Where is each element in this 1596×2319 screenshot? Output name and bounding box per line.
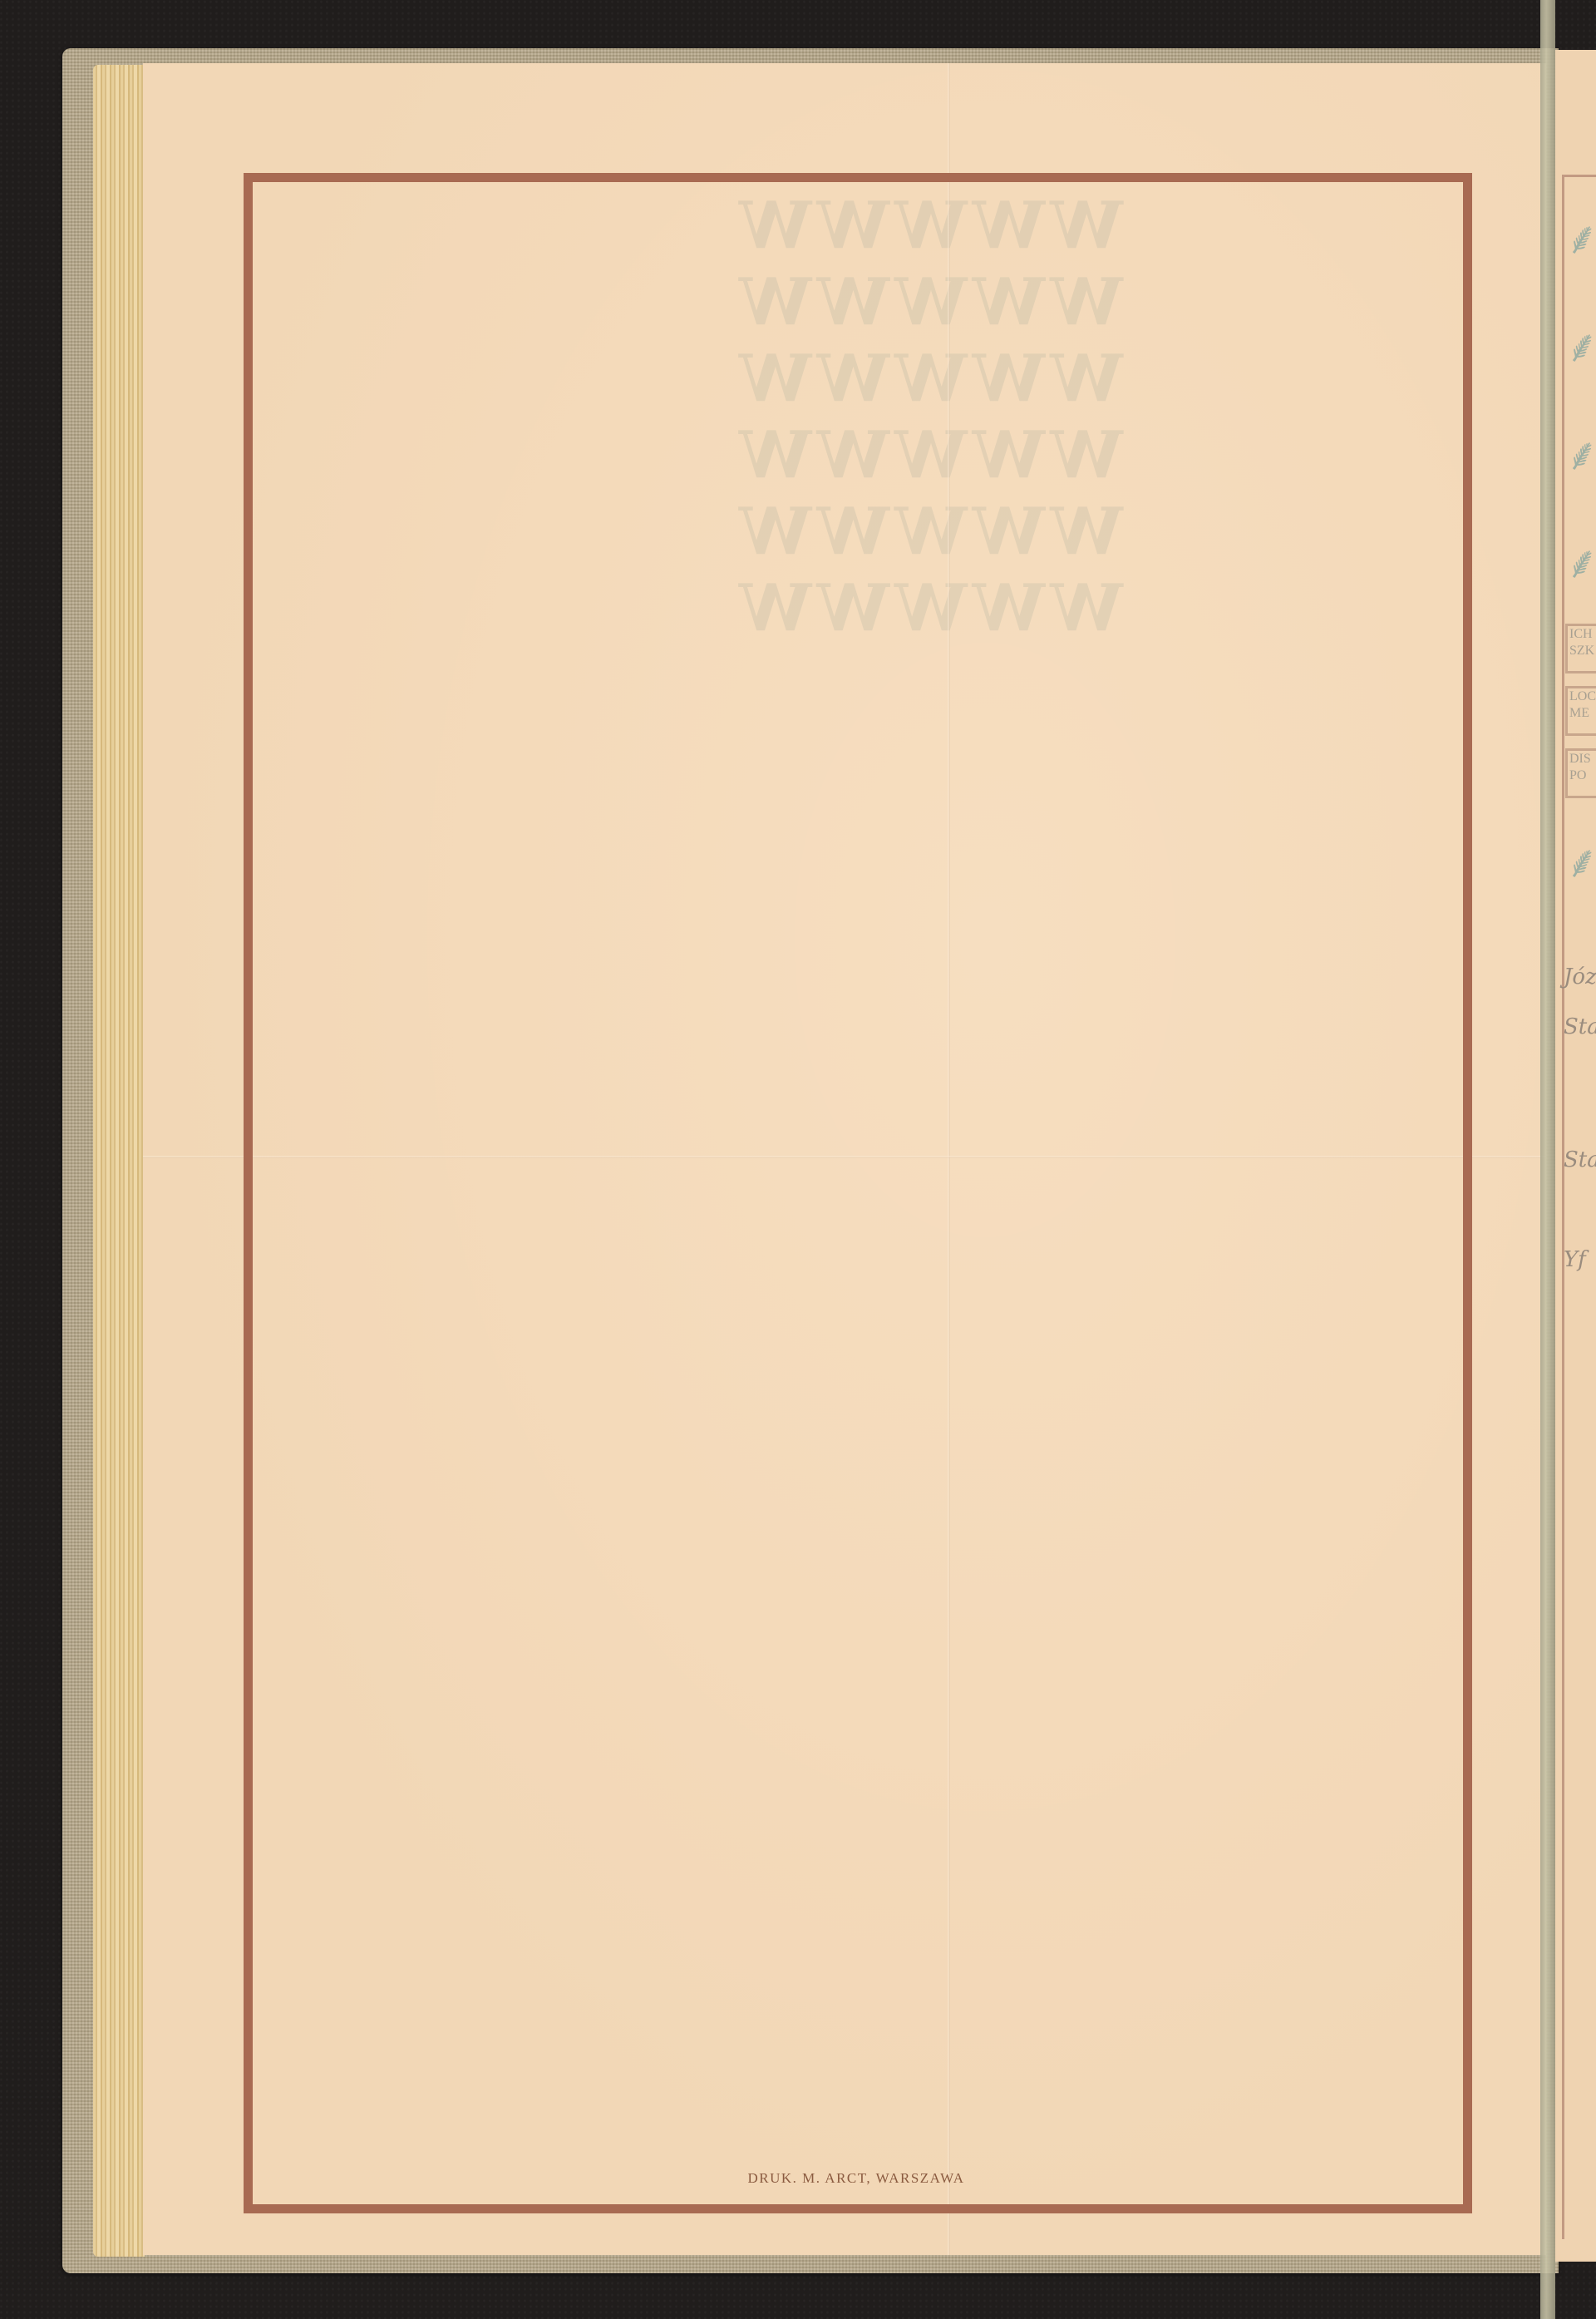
decorative-red-frame [244, 173, 1472, 2213]
ornament-icon: ⸙ [1565, 540, 1596, 585]
ornament-icon: ⸙ [1565, 216, 1596, 261]
handwriting-fragment: Sta [1564, 1147, 1596, 1172]
handwriting-fragment: Yf [1564, 1247, 1586, 1272]
facing-page-box: DIS PO [1565, 748, 1596, 798]
handwriting-fragment: Sta [1564, 1014, 1596, 1039]
ornament-icon: ⸙ [1565, 432, 1596, 477]
book-gutter [1540, 0, 1555, 2319]
ornament-icon: ⸙ [1565, 840, 1596, 885]
ornament-icon: ⸙ [1565, 324, 1596, 369]
printer-imprint: DRUK. M. ARCT, WARSZAWA [143, 2170, 1546, 2187]
facing-page-box: ICH SZK [1565, 624, 1596, 673]
handwriting-fragment: Józ [1564, 965, 1596, 989]
facing-page-box: LOC ME [1565, 686, 1596, 736]
facing-page-frame [1562, 175, 1596, 2239]
verso-page: WWWWW WWWWW WWWWW WWWWW WWWWW WWWWW DRUK… [143, 63, 1546, 2255]
facing-page-edge: ⸙ ⸙ ⸙ ⸙ ICH SZK LOC ME DIS PO ⸙ Józ Sta … [1555, 50, 1596, 2262]
page-edge-stack [93, 65, 145, 2257]
